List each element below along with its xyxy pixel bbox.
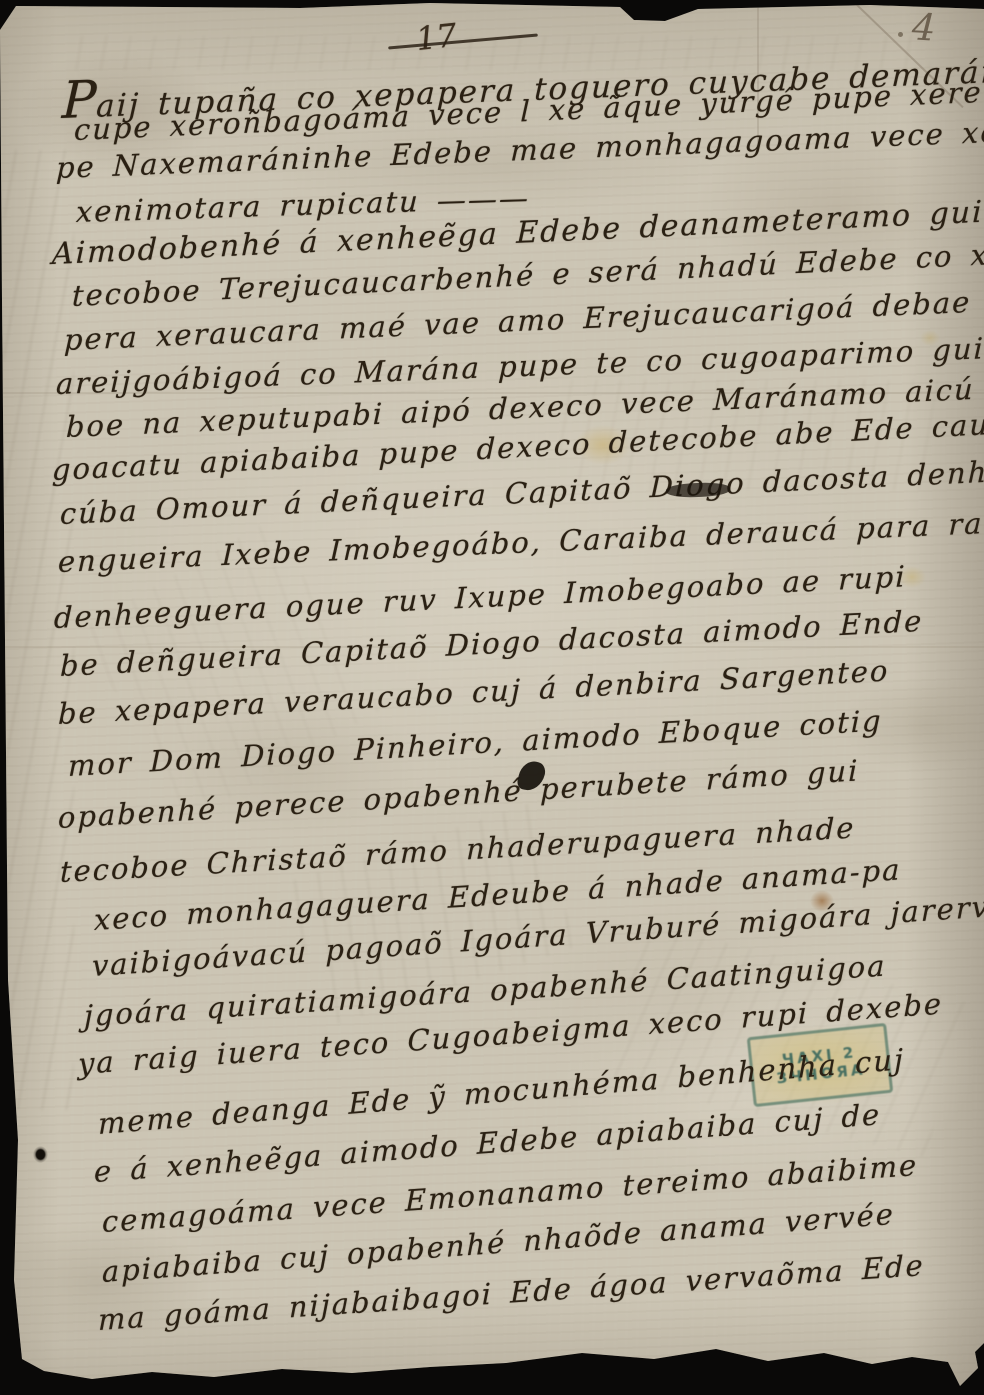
- folio-numbering-mark: 17: [414, 16, 458, 58]
- page-number-dot: [898, 32, 903, 37]
- paper-sheet: ЧАХІ 2 ЗЧНОЯА 17 4 Paij tupaña co xepape…: [0, 0, 984, 1395]
- paper-hole: [33, 1146, 48, 1163]
- folio-mark-strikethrough: [388, 33, 538, 49]
- manuscript-photo: ЧАХІ 2 ЗЧНОЯА 17 4 Paij tupaña co xepape…: [0, 0, 984, 1395]
